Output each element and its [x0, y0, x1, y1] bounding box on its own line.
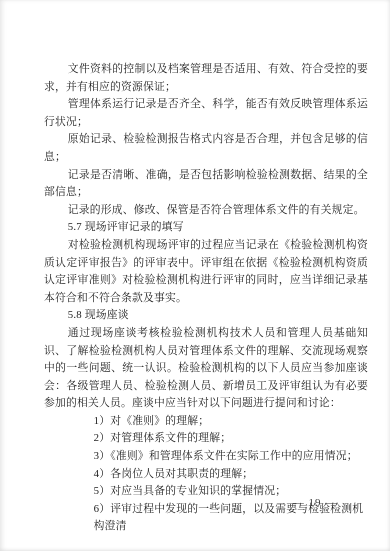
paragraph-document-control: 文件资料的控制以及档案管理是否适用、有效、符合受控的要求，并有相应的资源保证；: [44, 61, 368, 96]
paragraph-section-5-7: 对检验检测机构现场评审的过程应当记录在《检验检测机构资质认定评审报告》的评审表中…: [44, 237, 368, 307]
page-number: — 19 —: [270, 497, 360, 509]
paragraph-record-clarity: 记录是否清晰、准确，是否包括影响检验检测数据、结果的全部信息；: [44, 167, 368, 202]
paragraph-original-records: 原始记录、检验检测报告格式内容是否合理，并包含足够的信息；: [44, 131, 368, 166]
list-item: 4）各岗位人员对其职责的理解；: [94, 466, 368, 484]
list-item: 1）对《准则》的理解；: [94, 413, 368, 431]
list-item: 2）对管理体系文件的理解；: [94, 430, 368, 448]
paragraph-record-keeping: 记录的形成、修改、保管是否符合管理体系文件的有关规定。: [44, 202, 368, 220]
document-page: { "document": { "intro_items": [ { "text…: [0, 0, 390, 551]
section-heading-5-7: 5.7 现场评审记录的填写: [44, 219, 368, 237]
section-heading-5-8: 5.8 现场座谈: [44, 307, 368, 325]
list-item: 3）《准则》和管理体系文件在实际工作中的应用情况；: [94, 448, 368, 466]
page-body-text: 文件资料的控制以及档案管理是否适用、有效、符合受控的要求，并有相应的资源保证； …: [44, 61, 368, 536]
paragraph-system-records: 管理体系运行记录是否齐全、科学，能否有效反映管理体系运行状况；: [44, 96, 368, 131]
discussion-topic-list: 1）对《准则》的理解； 2）对管理体系文件的理解； 3）《准则》和管理体系文件在…: [44, 413, 368, 536]
paragraph-section-5-8: 通过现场座谈考核检验检测机构技术人员和管理人员基础知识、了解检验检测机构人员对管…: [44, 325, 368, 413]
